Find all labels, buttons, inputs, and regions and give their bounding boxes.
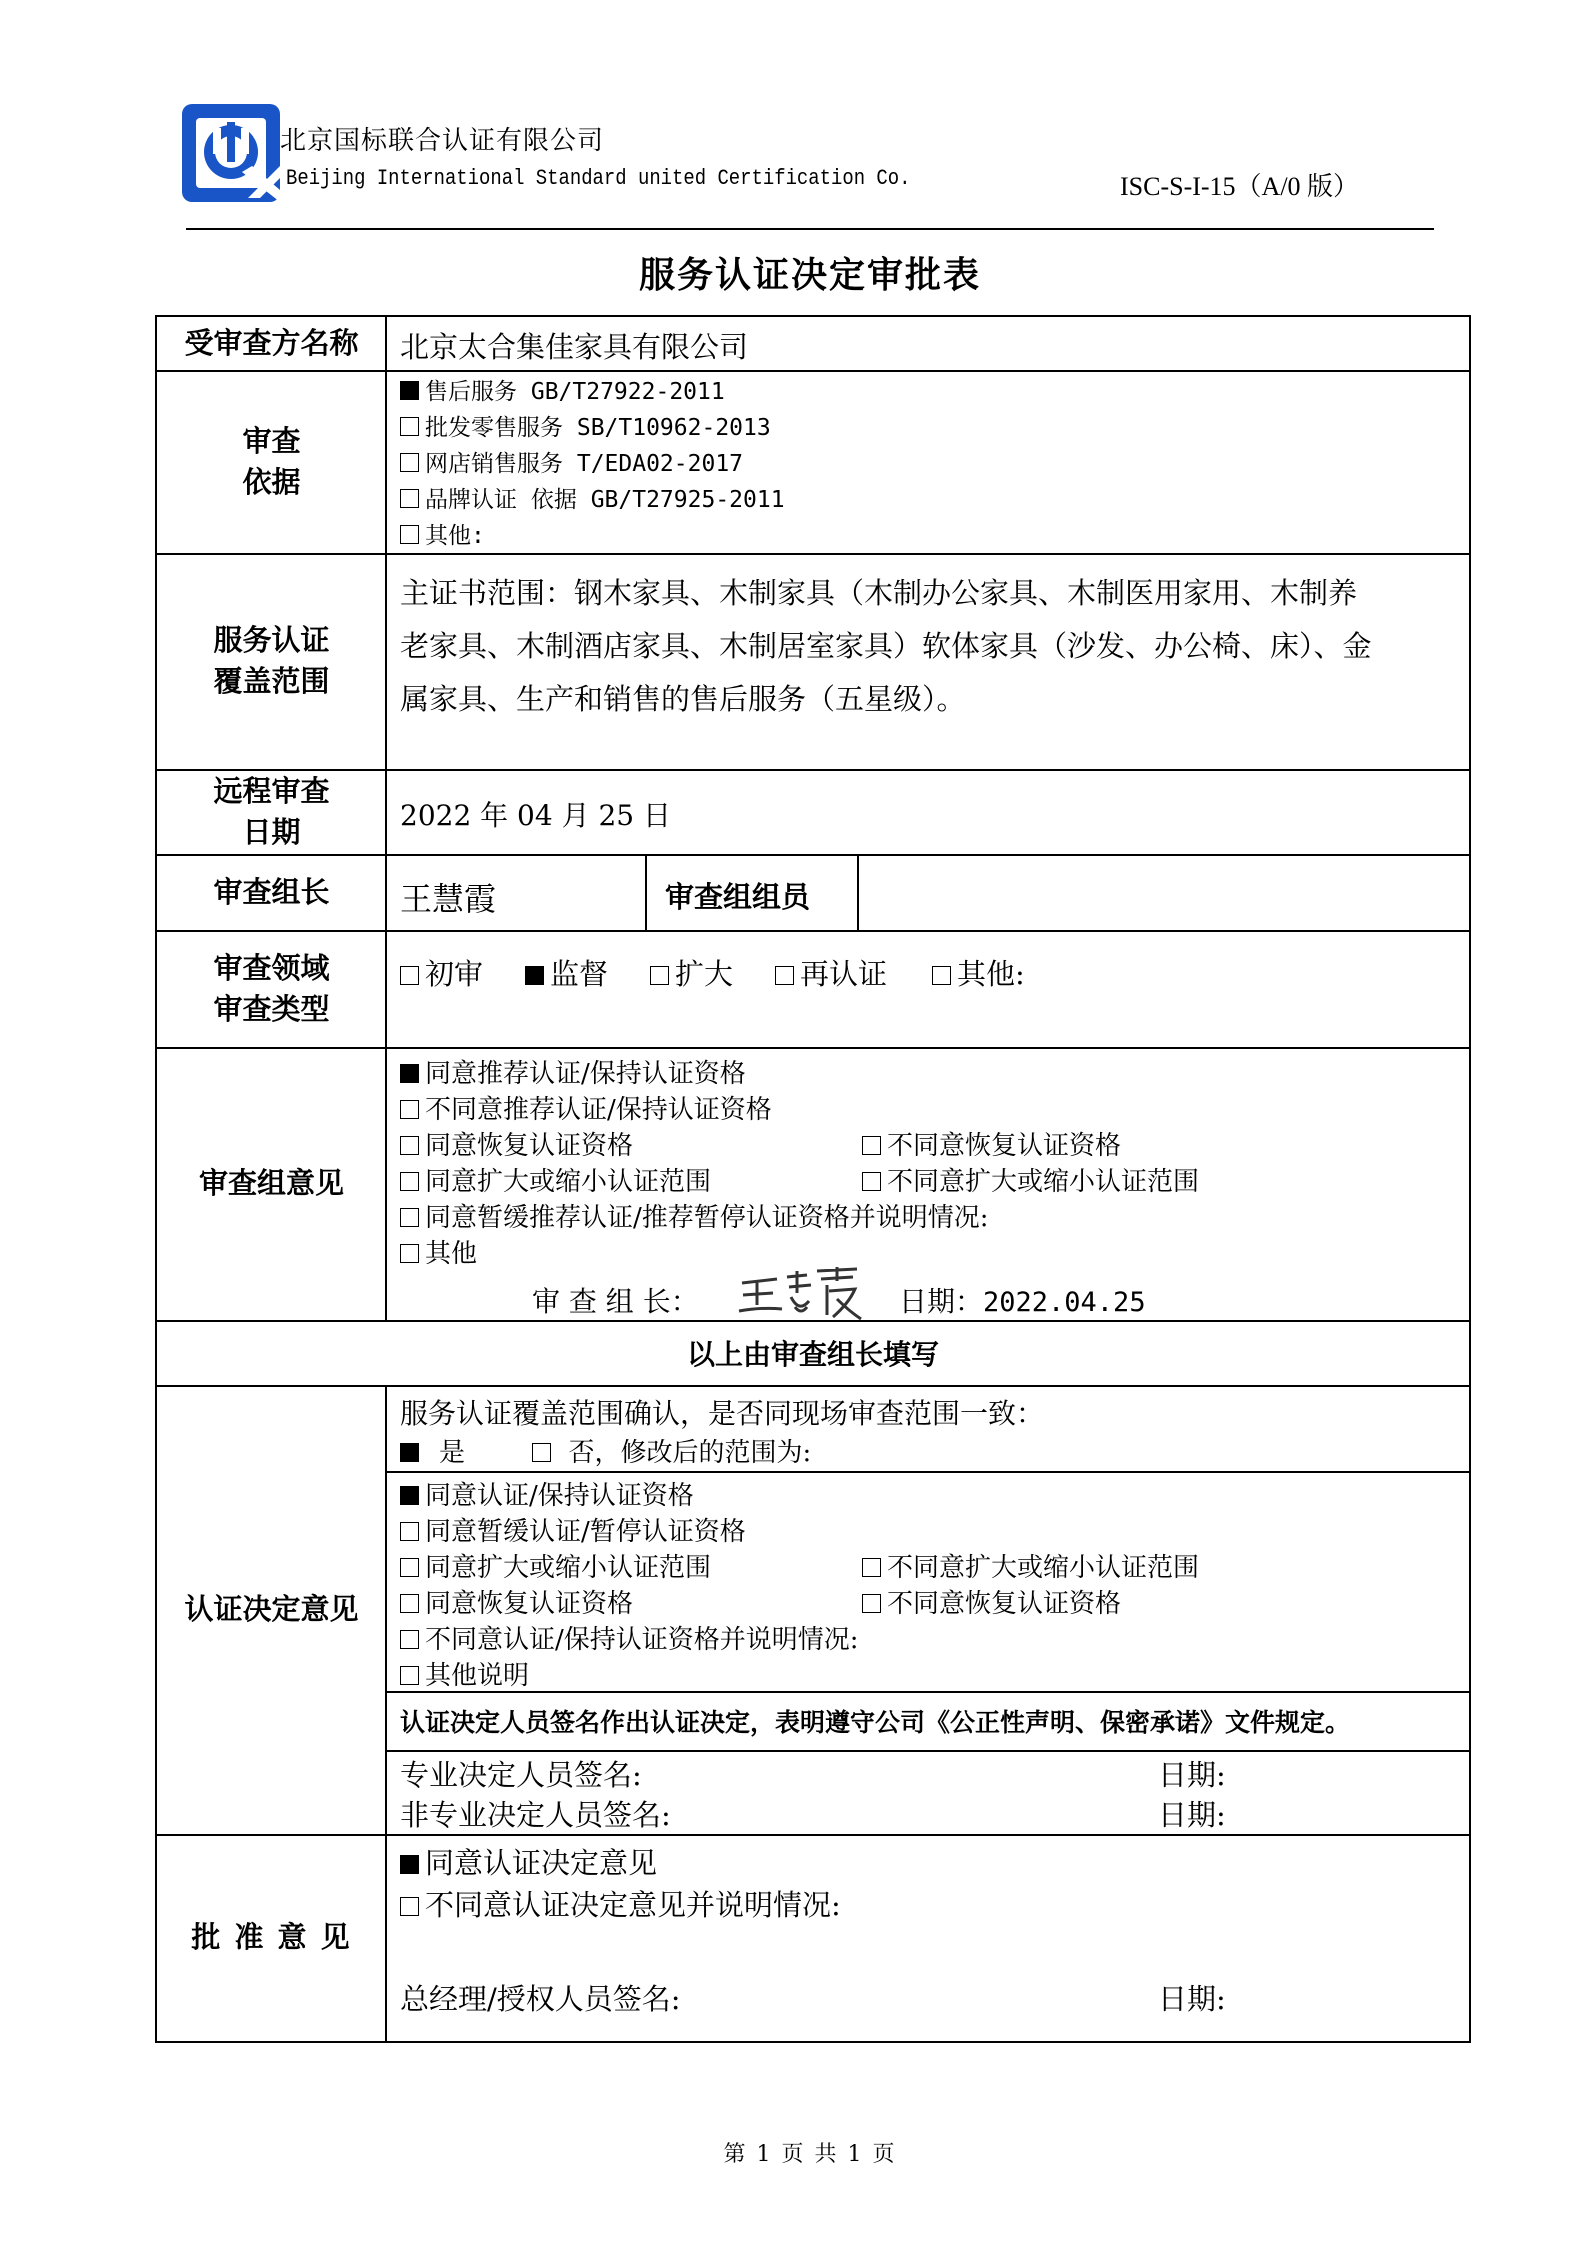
checkbox-icon[interactable]: [775, 966, 794, 985]
remote-date-label-line2: 日期: [242, 812, 300, 853]
row-divider: [386, 1691, 1469, 1693]
option-item[interactable]: 同意推荐认证/保持认证资格: [400, 1053, 746, 1090]
option-item[interactable]: 监督: [525, 952, 608, 993]
checkbox-icon[interactable]: [400, 1208, 419, 1227]
checkbox-icon[interactable]: [400, 1172, 419, 1191]
option-item[interactable]: 同意扩大或缩小认证范围: [400, 1161, 711, 1198]
option-item[interactable]: 同意暂缓认证/暂停认证资格: [400, 1511, 746, 1548]
option-label: 不同意恢复认证资格: [887, 1131, 1121, 1161]
option-item[interactable]: 不同意推荐认证/保持认证资格: [400, 1089, 772, 1126]
scope-label: 服务认证 覆盖范围: [157, 553, 386, 769]
gm-signer-date-label: 日期:: [1158, 1977, 1226, 2018]
team-opinion-date: 日期：2022.04.25: [899, 1280, 1146, 1320]
auditee-label: 受审查方名称: [157, 317, 386, 370]
row-divider: [386, 1471, 1469, 1473]
auditee-label-text: 受审查方名称: [184, 323, 358, 364]
signature-image: [737, 1263, 867, 1323]
team-opinion-date-value: 2022.04.25: [983, 1287, 1146, 1318]
checkbox-icon[interactable]: [400, 1594, 419, 1613]
nonpro-signer-label: 非专业决定人员签名:: [400, 1793, 671, 1834]
option-label: 其他说明: [425, 1661, 529, 1691]
team-opinion-label-text: 审查组意见: [199, 1163, 344, 1204]
option-item[interactable]: 不同意扩大或缩小认证范围: [862, 1161, 1199, 1198]
remote-date-value: 2022 年 04 月 25 日: [400, 794, 671, 834]
scope-yes-label: 是: [439, 1438, 465, 1468]
decision-label-text: 认证决定意见: [184, 1589, 358, 1630]
option-label: 同意推荐认证/保持认证资格: [425, 1059, 746, 1089]
section-note: 以上由审查组长填写: [157, 1333, 1469, 1373]
checkbox-icon[interactable]: [400, 1522, 419, 1541]
checkbox-icon[interactable]: [400, 417, 419, 436]
option-item[interactable]: 同意暂缓推荐认证/推荐暂停认证资格并说明情况:: [400, 1197, 989, 1234]
option-label: 不同意恢复认证资格: [887, 1589, 1121, 1619]
team-opinion-label: 审查组意见: [157, 1047, 386, 1320]
team-leader-signature: [737, 1263, 867, 1330]
decision-label: 认证决定意见: [157, 1385, 386, 1834]
option-label: 不同意认证/保持认证资格并说明情况:: [425, 1625, 859, 1655]
option-item[interactable]: 不同意恢复认证资格: [862, 1125, 1121, 1162]
basis-label-line2: 依据: [242, 462, 300, 503]
nonpro-signer-date-label: 日期:: [1158, 1793, 1226, 1834]
team-leader-label: 审查组长: [157, 854, 386, 930]
option-label: 不同意推荐认证/保持认证资格: [425, 1095, 772, 1125]
option-item[interactable]: 其他说明: [400, 1655, 529, 1692]
checkbox-icon[interactable]: [400, 453, 419, 472]
option-item[interactable]: 再认证: [775, 952, 887, 993]
option-item[interactable]: 批发零售服务 SB/T10962-2013: [400, 409, 771, 442]
scope-confirm-answer: 是 否，修改后的范围为:: [400, 1432, 811, 1469]
checkbox-icon[interactable]: [862, 1594, 881, 1613]
scope-line: 老家具、木制酒店家具、木制居室家具）软体家具（沙发、办公椅、床）、金: [400, 620, 1372, 673]
checkbox-icon[interactable]: [400, 966, 419, 985]
team-opinion-date-label: 日期：: [899, 1285, 983, 1318]
checkbox-icon[interactable]: [862, 1172, 881, 1191]
option-label: 不同意扩大或缩小认证范围: [887, 1553, 1199, 1583]
basis-label-line1: 审查: [242, 421, 300, 462]
team-opinion-options: 同意推荐认证/保持认证资格不同意推荐认证/保持认证资格同意恢复认证资格不同意恢复…: [400, 1053, 1460, 1283]
team-leader-label-text: 审查组长: [213, 872, 329, 913]
checkbox-icon[interactable]: [400, 1558, 419, 1577]
checkbox-icon[interactable]: [400, 489, 419, 508]
auditee-name: 北京太合集佳家具有限公司: [400, 325, 748, 366]
company-name-cn: 北京国标联合认证有限公司: [280, 120, 604, 157]
option-item[interactable]: 同意恢复认证资格: [400, 1583, 633, 1620]
option-label: 同意恢复认证资格: [425, 1131, 633, 1161]
approval-form-table: 受审查方名称 北京太合集佳家具有限公司 审查 依据 售后服务 GB/T27922…: [155, 315, 1471, 2043]
option-item[interactable]: 网店销售服务 T/EDA02-2017: [400, 445, 743, 478]
option-label: 同意认证/保持认证资格: [425, 1481, 694, 1511]
remote-date-label-line1: 远程审查: [213, 771, 329, 812]
audit-type-label: 审查领域 审查类型: [157, 930, 386, 1047]
scope-label-line1: 服务认证: [213, 620, 329, 661]
scope-line: 主证书范围：钢木家具、木制家具（木制办公家具、木制医用家用、木制养: [400, 567, 1372, 620]
page-title: 服务认证决定审批表: [0, 247, 1587, 298]
checkbox-icon[interactable]: [400, 1136, 419, 1155]
option-label: 同意扩大或缩小认证范围: [425, 1553, 711, 1583]
checkbox-icon[interactable]: [862, 1558, 881, 1577]
checkbox-icon[interactable]: [400, 1666, 419, 1685]
column-divider: [857, 854, 859, 930]
decision-options: 同意认证/保持认证资格同意暂缓认证/暂停认证资格同意扩大或缩小认证范围不同意扩大…: [400, 1475, 1460, 1690]
checkbox-icon[interactable]: [862, 1136, 881, 1155]
column-divider: [645, 854, 647, 930]
audit-type-label-line1: 审查领域: [213, 948, 329, 989]
option-item[interactable]: 不同意认证决定意见并说明情况:: [400, 1883, 841, 1924]
checkbox-icon[interactable]: [650, 966, 669, 985]
option-item[interactable]: 同意认证/保持认证资格: [400, 1475, 694, 1512]
checkbox-icon[interactable]: [400, 1100, 419, 1119]
gm-signer-label: 总经理/授权人员签名:: [400, 1977, 681, 2018]
checked-checkbox-icon[interactable]: [525, 966, 544, 985]
scope-line: 属家具、生产和销售的售后服务（五星级）。: [400, 673, 1372, 726]
document-code: ISC-S-I-15（A/0 版）: [1120, 166, 1359, 203]
option-item[interactable]: 同意认证决定意见: [400, 1841, 657, 1882]
checked-checkbox-icon[interactable]: [400, 1486, 419, 1505]
option-label: 监督: [550, 957, 608, 991]
option-label: 其他: [425, 1239, 477, 1269]
team-members-label: 审查组组员: [665, 875, 810, 916]
decision-statement: 认证决定人员签名作出认证决定，表明遵守公司《公正性声明、保密承诺》文件规定。: [400, 1703, 1350, 1739]
option-item[interactable]: 售后服务 GB/T27922-2011: [400, 373, 725, 406]
option-label: 其他:: [957, 957, 1025, 991]
checked-checkbox-icon[interactable]: [400, 1855, 419, 1874]
option-label: 网店销售服务 T/EDA02-2017: [425, 451, 743, 477]
team-leader-value: 王慧霞: [400, 874, 496, 920]
scope-label-line2: 覆盖范围: [213, 661, 329, 702]
option-label: 同意暂缓推荐认证/推荐暂停认证资格并说明情况:: [425, 1203, 989, 1233]
approval-label: 批 准 意 见: [157, 1834, 386, 2041]
basis-label: 审查 依据: [157, 370, 386, 553]
scope-no-checkbox[interactable]: [532, 1443, 551, 1462]
option-label: 不同意认证决定意见并说明情况:: [425, 1888, 841, 1922]
option-item[interactable]: 其他:: [932, 952, 1025, 993]
option-item[interactable]: 不同意认证/保持认证资格并说明情况:: [400, 1619, 859, 1656]
option-item[interactable]: 扩大: [650, 952, 733, 993]
scope-confirm-question: 服务认证覆盖范围确认，是否同现场审查范围一致：: [400, 1392, 1044, 1432]
scope-no-label: 否，修改后的范围为:: [569, 1438, 812, 1468]
option-label: 同意恢复认证资格: [425, 1589, 633, 1619]
pro-signer-label: 专业决定人员签名:: [400, 1753, 642, 1794]
option-label: 同意暂缓认证/暂停认证资格: [425, 1517, 746, 1547]
option-label: 初审: [425, 957, 483, 991]
checkbox-icon[interactable]: [400, 525, 419, 544]
checkbox-icon[interactable]: [932, 966, 951, 985]
option-item[interactable]: 品牌认证 依据 GB/T27925-2011: [400, 481, 785, 514]
header-divider: [186, 228, 1434, 230]
page-number: 第 1 页 共 1 页: [0, 2137, 1587, 2168]
team-leader-sign-label: 审 查 组 长：: [532, 1280, 699, 1320]
checkbox-icon[interactable]: [400, 1630, 419, 1649]
approval-label-text: 批 准 意 见: [191, 1917, 351, 1958]
option-item[interactable]: 同意扩大或缩小认证范围: [400, 1547, 711, 1584]
option-label: 品牌认证 依据 GB/T27925-2011: [425, 487, 785, 513]
option-item[interactable]: 其他: [400, 1233, 477, 1270]
option-label: 同意扩大或缩小认证范围: [425, 1167, 711, 1197]
row-divider: [386, 1750, 1469, 1752]
option-label: 其他:: [425, 523, 485, 549]
option-label: 售后服务 GB/T27922-2011: [425, 379, 725, 405]
option-item[interactable]: 不同意扩大或缩小认证范围: [862, 1547, 1199, 1584]
scope-yes-checkbox[interactable]: [400, 1443, 419, 1462]
option-label: 同意认证决定意见: [425, 1846, 657, 1880]
pro-signer-date-label: 日期:: [1158, 1753, 1226, 1794]
option-item[interactable]: 其他:: [400, 517, 485, 550]
checked-checkbox-icon[interactable]: [400, 381, 419, 400]
checkbox-icon[interactable]: [400, 1244, 419, 1263]
remote-date-label: 远程审查 日期: [157, 769, 386, 854]
option-label: 扩大: [675, 957, 733, 991]
option-label: 不同意扩大或缩小认证范围: [887, 1167, 1199, 1197]
bisc-logo-icon: [180, 102, 282, 204]
option-label: 批发零售服务 SB/T10962-2013: [425, 415, 771, 441]
option-label: 再认证: [800, 957, 887, 991]
option-item[interactable]: 不同意恢复认证资格: [862, 1583, 1121, 1620]
checkbox-icon[interactable]: [400, 1897, 419, 1916]
checked-checkbox-icon[interactable]: [400, 1064, 419, 1083]
scope-text: 主证书范围：钢木家具、木制家具（木制办公家具、木制医用家用、木制养 老家具、木制…: [400, 567, 1372, 726]
option-item[interactable]: 同意恢复认证资格: [400, 1125, 633, 1162]
option-item[interactable]: 初审: [400, 952, 483, 993]
company-name-en: Beijing International Standard united Ce…: [286, 166, 910, 191]
audit-type-label-line2: 审查类型: [213, 989, 329, 1030]
